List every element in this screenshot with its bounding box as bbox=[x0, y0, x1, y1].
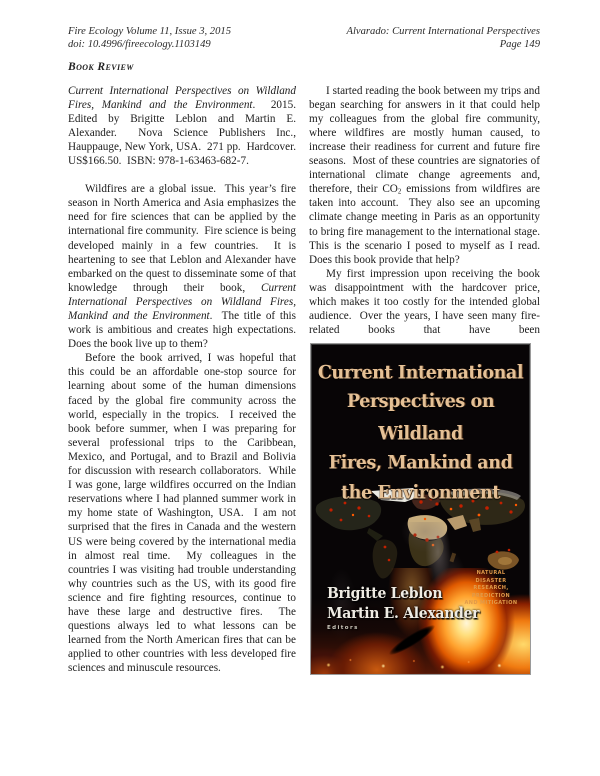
left-column: Current International Perspectives on Wi… bbox=[68, 84, 296, 676]
cover-title: Current InternationalPerspectives on Wil… bbox=[311, 358, 530, 508]
running-head-title: Alvarado: Current International Perspect… bbox=[347, 26, 541, 39]
paragraph: I started reading the book between my tr… bbox=[309, 84, 540, 267]
two-column-body: Current International Perspectives on Wi… bbox=[68, 84, 540, 676]
cover-authors: Brigitte LeblonMartin E. Alexander Edito… bbox=[327, 584, 479, 631]
doi-line: doi: 10.4996/fireecology.1103149 bbox=[68, 39, 231, 52]
paragraph: Wildfires are a global issue. This year’… bbox=[68, 182, 296, 351]
cover-author-names: Brigitte LeblonMartin E. Alexander bbox=[327, 584, 479, 624]
page-number: Page 149 bbox=[347, 39, 541, 52]
paragraph: Before the book arrived, I was hopeful t… bbox=[68, 351, 296, 675]
running-head: Alvarado: Current International Perspect… bbox=[347, 26, 541, 52]
embers-image bbox=[311, 654, 530, 674]
cover-title-line: Fires, Mankind and bbox=[311, 447, 530, 479]
page-content: Fire Ecology Volume 11, Issue 3, 2015 do… bbox=[68, 26, 540, 675]
page-header: Fire Ecology Volume 11, Issue 3, 2015 do… bbox=[68, 26, 540, 52]
section-label: Book Review bbox=[68, 61, 540, 73]
editors-label: Editors bbox=[327, 625, 479, 631]
author-name: Brigitte Leblon bbox=[327, 584, 479, 605]
journal-page: Fire Ecology Volume 11, Issue 3, 2015 do… bbox=[0, 0, 600, 776]
left-column-paragraphs: Wildfires are a global issue. This year’… bbox=[68, 182, 296, 675]
cover-title-line: Perspectives on Wildland bbox=[311, 386, 530, 451]
book-cover-image: Current InternationalPerspectives on Wil… bbox=[310, 343, 531, 675]
right-column-paragraphs: I started reading the book between my tr… bbox=[309, 84, 540, 338]
paragraph: My first impression upon receiving the b… bbox=[309, 267, 540, 337]
journal-volume-line: Fire Ecology Volume 11, Issue 3, 2015 bbox=[68, 26, 231, 39]
journal-info: Fire Ecology Volume 11, Issue 3, 2015 do… bbox=[68, 26, 231, 52]
book-citation: Current International Perspectives on Wi… bbox=[68, 84, 296, 169]
author-name: Martin E. Alexander bbox=[327, 604, 479, 625]
right-column: I started reading the book between my tr… bbox=[309, 84, 540, 676]
cover-title-line: the Environment bbox=[311, 477, 530, 509]
